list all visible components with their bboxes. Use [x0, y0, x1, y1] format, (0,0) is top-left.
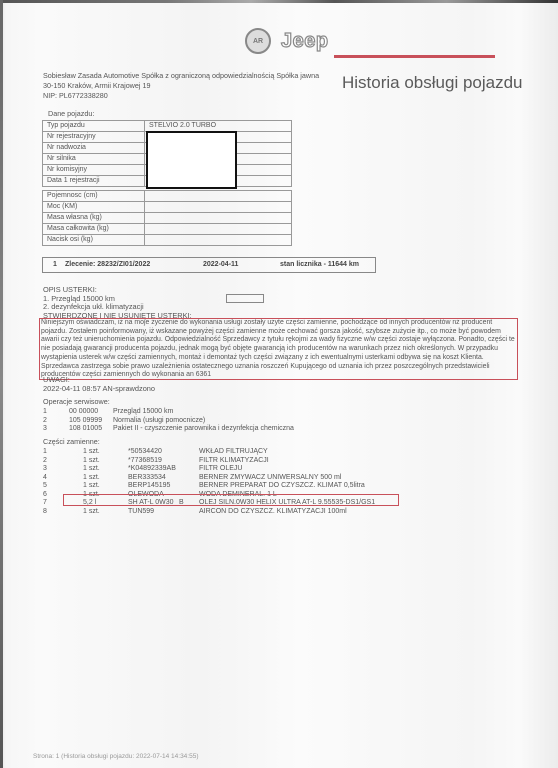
- vehicle-field-label: Masa własna (kg): [43, 213, 145, 224]
- company-info: Sobiesław Zasada Automotive Spółka z ogr…: [43, 71, 319, 101]
- service-operations: Operacje serwisowe: 100 00000Przegląd 15…: [43, 397, 110, 434]
- remarks: UWAGI: 2022-04-11 08:57 AN-sprawdzono: [43, 375, 155, 393]
- scan-edge-top: [0, 0, 558, 3]
- vehicle-field-label: Pojemnosc (cm): [43, 191, 145, 202]
- brand-name: Jeep: [281, 30, 329, 53]
- operation-description: Normalia (usługi pomocnicze): [113, 417, 205, 426]
- parts-heading: Części zamienne:: [43, 437, 100, 446]
- operation-row: 3108 01005Pakiet II - czyszczenie parown…: [43, 425, 110, 434]
- vehicle-field-value: STELVIO 2.0 TURBO: [145, 121, 292, 132]
- part-row: 31 szt.*K04892339ABFILTR OLEJU: [43, 465, 100, 474]
- part-number: 2: [43, 457, 47, 466]
- part-row: 81 szt.TUN599AIRCON DO CZYSZCZ. KLIMATYZ…: [43, 508, 100, 517]
- vehicle-field-label: Nr rejestracyjny: [43, 132, 145, 143]
- company-address: 30-150 Kraków, Armii Krajowej 19: [43, 81, 319, 91]
- part-row: 21 szt.*77368519FILTR KLIMATYZACJI: [43, 457, 100, 466]
- remarks-text: 2022-04-11 08:57 AN-sprawdzono: [43, 384, 155, 393]
- part-number: 8: [43, 508, 47, 517]
- part-code: *77368519: [128, 457, 162, 466]
- empty-box: [226, 294, 264, 303]
- vehicle-field-label: Nacisk osi (kg): [43, 235, 145, 246]
- part-code: *50534420: [128, 448, 162, 457]
- operations-heading: Operacje serwisowe:: [43, 397, 110, 406]
- operation-description: Przegląd 15000 km: [113, 408, 173, 417]
- vehicle-field-label: Masa całkowita (kg): [43, 224, 145, 235]
- part-code: TUN599: [128, 508, 154, 517]
- part-row: 41 szt.BER333534BERNER ZMYWACZ UNIWERSAL…: [43, 474, 100, 483]
- part-quantity: 1 szt.: [83, 474, 100, 483]
- part-description: FILTR OLEJU: [199, 465, 242, 474]
- part-number: 4: [43, 474, 47, 483]
- operation-code: 105 09999: [69, 417, 102, 426]
- company-nip: NIP: PL6772338280: [43, 91, 319, 101]
- operation-number: 3: [43, 425, 47, 434]
- part-quantity: 1 szt.: [83, 465, 100, 474]
- page-footer: Strona: 1 (Historia obsługi pojazdu: 202…: [33, 753, 199, 760]
- vehicle-field-value: [145, 235, 292, 246]
- order-odometer: stan licznika - 11644 km: [280, 258, 359, 272]
- vehicle-row: Pojemnosc (cm): [43, 191, 292, 202]
- vehicle-field-label: Data 1 rejestracji: [43, 176, 145, 187]
- vehicle-field-value: [145, 224, 292, 235]
- vehicle-table-specs: Pojemnosc (cm)Moc (KM)Masa własna (kg)Ma…: [42, 190, 292, 246]
- operation-code: 00 00000: [69, 408, 98, 417]
- part-code: BERP145195: [128, 482, 170, 491]
- vehicle-field-value: [145, 213, 292, 224]
- accent-rule: [334, 55, 495, 58]
- vehicle-field-value: [145, 202, 292, 213]
- brand-logo: AR Jeep: [245, 28, 329, 54]
- vehicle-field-label: Moc (KM): [43, 202, 145, 213]
- document-title: Historia obsługi pojazdu: [342, 73, 523, 93]
- part-code: BER333534: [128, 474, 166, 483]
- part-row: 51 szt.BERP145195BERNER PREPARAT DO CZYS…: [43, 482, 100, 491]
- part-number: 7: [43, 499, 47, 508]
- vehicle-row: Masa własna (kg): [43, 213, 292, 224]
- part-row: 11 szt.*50534420WKŁAD FILTRUJĄCY: [43, 448, 100, 457]
- remarks-heading: UWAGI:: [43, 375, 155, 384]
- vehicle-row: Nacisk osi (kg): [43, 235, 292, 246]
- operation-number: 2: [43, 417, 47, 426]
- part-quantity: 1 szt.: [83, 457, 100, 466]
- vehicle-field-label: Nr silnika: [43, 154, 145, 165]
- part-number: 5: [43, 482, 47, 491]
- part-code: *K04892339AB: [128, 465, 176, 474]
- redaction-box: [146, 131, 237, 189]
- part-quantity: 1 szt.: [83, 508, 100, 517]
- operation-description: Pakiet II - czyszczenie parownika i dezy…: [113, 425, 294, 434]
- operation-row: 100 00000Przegląd 15000 km: [43, 408, 110, 417]
- part-quantity: 1 szt.: [83, 448, 100, 457]
- highlighted-part-box: [63, 494, 399, 506]
- company-name: Sobiesław Zasada Automotive Spółka z ogr…: [43, 71, 319, 81]
- part-number: 1: [43, 448, 47, 457]
- fault-description: OPIS USTERKI: 1. Przegląd 15000 km 2. de…: [43, 286, 192, 320]
- vehicle-field-label: Nr komisyjny: [43, 165, 145, 176]
- operation-row: 2105 09999Normalia (usługi pomocnicze): [43, 417, 110, 426]
- part-description: FILTR KLIMATYZACJI: [199, 457, 269, 466]
- order-index: 1: [53, 258, 57, 272]
- part-description: AIRCON DO CZYSZCZ. KLIMATYZACJI 100ml: [199, 508, 347, 517]
- part-description: BERNER PREPARAT DO CZYSZCZ. KLIMAT 0,5li…: [199, 482, 365, 491]
- order-number: Zlecenie: 28232/ZI01/2022: [65, 258, 150, 272]
- alfa-romeo-badge-icon: AR: [245, 28, 271, 54]
- vehicle-field-value: [145, 191, 292, 202]
- scan-edge-left: [0, 0, 3, 768]
- order-bar: 1 Zlecenie: 28232/ZI01/2022 2022-04-11 s…: [42, 257, 376, 273]
- vehicle-row: Moc (KM): [43, 202, 292, 213]
- operation-number: 1: [43, 408, 47, 417]
- vehicle-row: Masa całkowita (kg): [43, 224, 292, 235]
- vehicle-field-label: Typ pojazdu: [43, 121, 145, 132]
- part-quantity: 1 szt.: [83, 482, 100, 491]
- operation-code: 108 01005: [69, 425, 102, 434]
- vehicle-row: Typ pojazduSTELVIO 2.0 TURBO: [43, 121, 292, 132]
- part-number: 6: [43, 491, 47, 500]
- part-description: WKŁAD FILTRUJĄCY: [199, 448, 268, 457]
- parts-disclaimer-notice: Niniejszym oświadczam, iż na moje życzen…: [39, 318, 518, 380]
- part-number: 3: [43, 465, 47, 474]
- part-description: BERNER ZMYWACZ UNIWERSALNY 500 ml: [199, 474, 341, 483]
- order-date: 2022-04-11: [203, 258, 238, 272]
- vehicle-section-label: Dane pojazdu:: [48, 109, 94, 118]
- vehicle-field-label: Nr nadwozia: [43, 143, 145, 154]
